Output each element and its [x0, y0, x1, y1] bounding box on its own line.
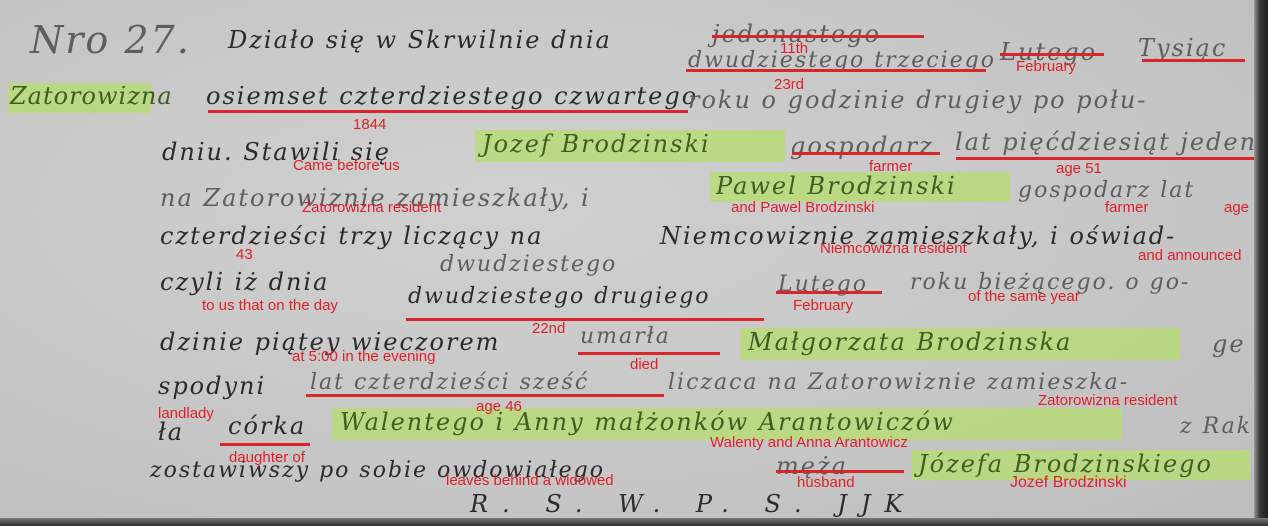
annotation-announced: and announced	[1138, 247, 1241, 264]
name-parents-arantowicz: Walentego i Anny małżonków Arantowiczów	[340, 408, 955, 436]
annotation-22nd: 22nd	[532, 320, 565, 337]
annotated-death-record-scan: Nro 27. Działo się w Skrwilnie dnia jede…	[0, 0, 1268, 526]
underline-tysiac	[1142, 59, 1245, 62]
handwriting-day-22: dwudziestego drugiego	[408, 284, 711, 309]
annotation-resident-2: Niemcowizna resident	[820, 240, 967, 257]
handwriting-signatures: R. S. W. P. S. JJK	[470, 490, 916, 518]
annotation-farmer-2: farmer	[1105, 199, 1148, 216]
page-binding-edge	[1254, 0, 1268, 526]
annotation-died: died	[630, 356, 658, 373]
annotation-and-pawel: and Pawel Brodzinski	[731, 199, 874, 216]
annotation-age-label: age	[1224, 199, 1249, 216]
annotation-43: 43	[236, 246, 253, 263]
handwriting-age-words: lat pięćdziesiąt jeden	[955, 128, 1257, 156]
place-margin-name: Zatorowizna	[10, 82, 173, 110]
handwriting-line-1: Działo się w Skrwilnie dnia	[228, 26, 612, 54]
underline-died	[578, 352, 720, 355]
annotation-time: at 5:00 in the evening	[292, 348, 435, 365]
underline-february-1	[1000, 53, 1104, 56]
handwriting-line-2: roku o godzinie drugiey po połu-	[688, 86, 1147, 114]
annotation-resident-3: Zatorowizna resident	[1038, 392, 1177, 409]
underline-22nd	[406, 318, 764, 321]
annotation-age-46: age 46	[476, 398, 522, 415]
annotation-daughter-of: daughter of	[229, 449, 305, 466]
handwriting-died: umarła	[580, 324, 671, 349]
name-pawel-brodzinski: Pawel Brodzinski	[716, 172, 957, 200]
handwriting-la: ła	[158, 418, 184, 446]
underline-11th	[712, 35, 924, 38]
underline-age-51	[956, 157, 1254, 160]
handwriting-tysiac: Tysiąc	[1138, 34, 1227, 62]
annotation-came-before-us: Came before us	[293, 157, 400, 174]
annotation-leaves-behind: leaves behind a widowed	[446, 472, 614, 489]
annotation-age-51: age 51	[1056, 160, 1102, 177]
underline-daughter-of	[220, 443, 310, 446]
annotation-february-1: February	[1016, 58, 1076, 75]
handwriting-ge: ge	[1212, 330, 1246, 358]
underline-23rd	[686, 69, 986, 72]
handwriting-year-words: osiemset czterdziestego czwartego	[206, 82, 698, 110]
annotation-landlady: landlady	[158, 405, 214, 422]
underline-february-2	[776, 291, 882, 294]
underline-age-46	[306, 394, 664, 397]
annotation-23rd: 23rd	[774, 76, 804, 93]
annotation-11th: 11th	[780, 40, 808, 57]
annotation-parents: Walenty and Anna Arantowicz	[710, 434, 908, 451]
annotation-resident-1: Zatorowizna resident	[302, 199, 441, 216]
handwriting-spodyni: spodyni	[158, 372, 266, 400]
annotation-1844: 1844	[353, 116, 386, 133]
handwriting-corka: córka	[228, 412, 306, 440]
record-number: Nro 27.	[30, 18, 191, 62]
annotation-on-the-day: to us that on the day	[202, 297, 338, 314]
handwriting-age-46: lat czterdzieści sześć	[310, 370, 589, 395]
annotation-husband-name: Jozef Brodzinski	[1010, 474, 1127, 492]
handwriting-line-6: czterdzieści trzy liczący na	[160, 222, 543, 250]
handwriting-occupation: gospodarz	[790, 132, 934, 160]
handwriting-line-8: czyli iż dnia	[160, 268, 329, 296]
annotation-farmer-1: farmer	[869, 158, 912, 175]
underline-1844	[208, 110, 688, 113]
handwriting-crossed-word-2: dwudziestego	[440, 252, 617, 277]
underline-husband	[776, 470, 904, 473]
name-jozef-brodzinski: Jozef Brodzinski	[482, 130, 711, 158]
underline-farmer	[792, 152, 940, 155]
annotation-february-2: February	[793, 297, 853, 314]
annotation-same-year: of the same year	[968, 288, 1080, 305]
annotation-husband: husband	[797, 474, 855, 491]
handwriting-z-rak: z Rak	[1180, 414, 1252, 439]
page-bottom-edge	[0, 518, 1268, 526]
name-malgorzata-brodzinska: Małgorzata Brodzinska	[748, 328, 1072, 356]
